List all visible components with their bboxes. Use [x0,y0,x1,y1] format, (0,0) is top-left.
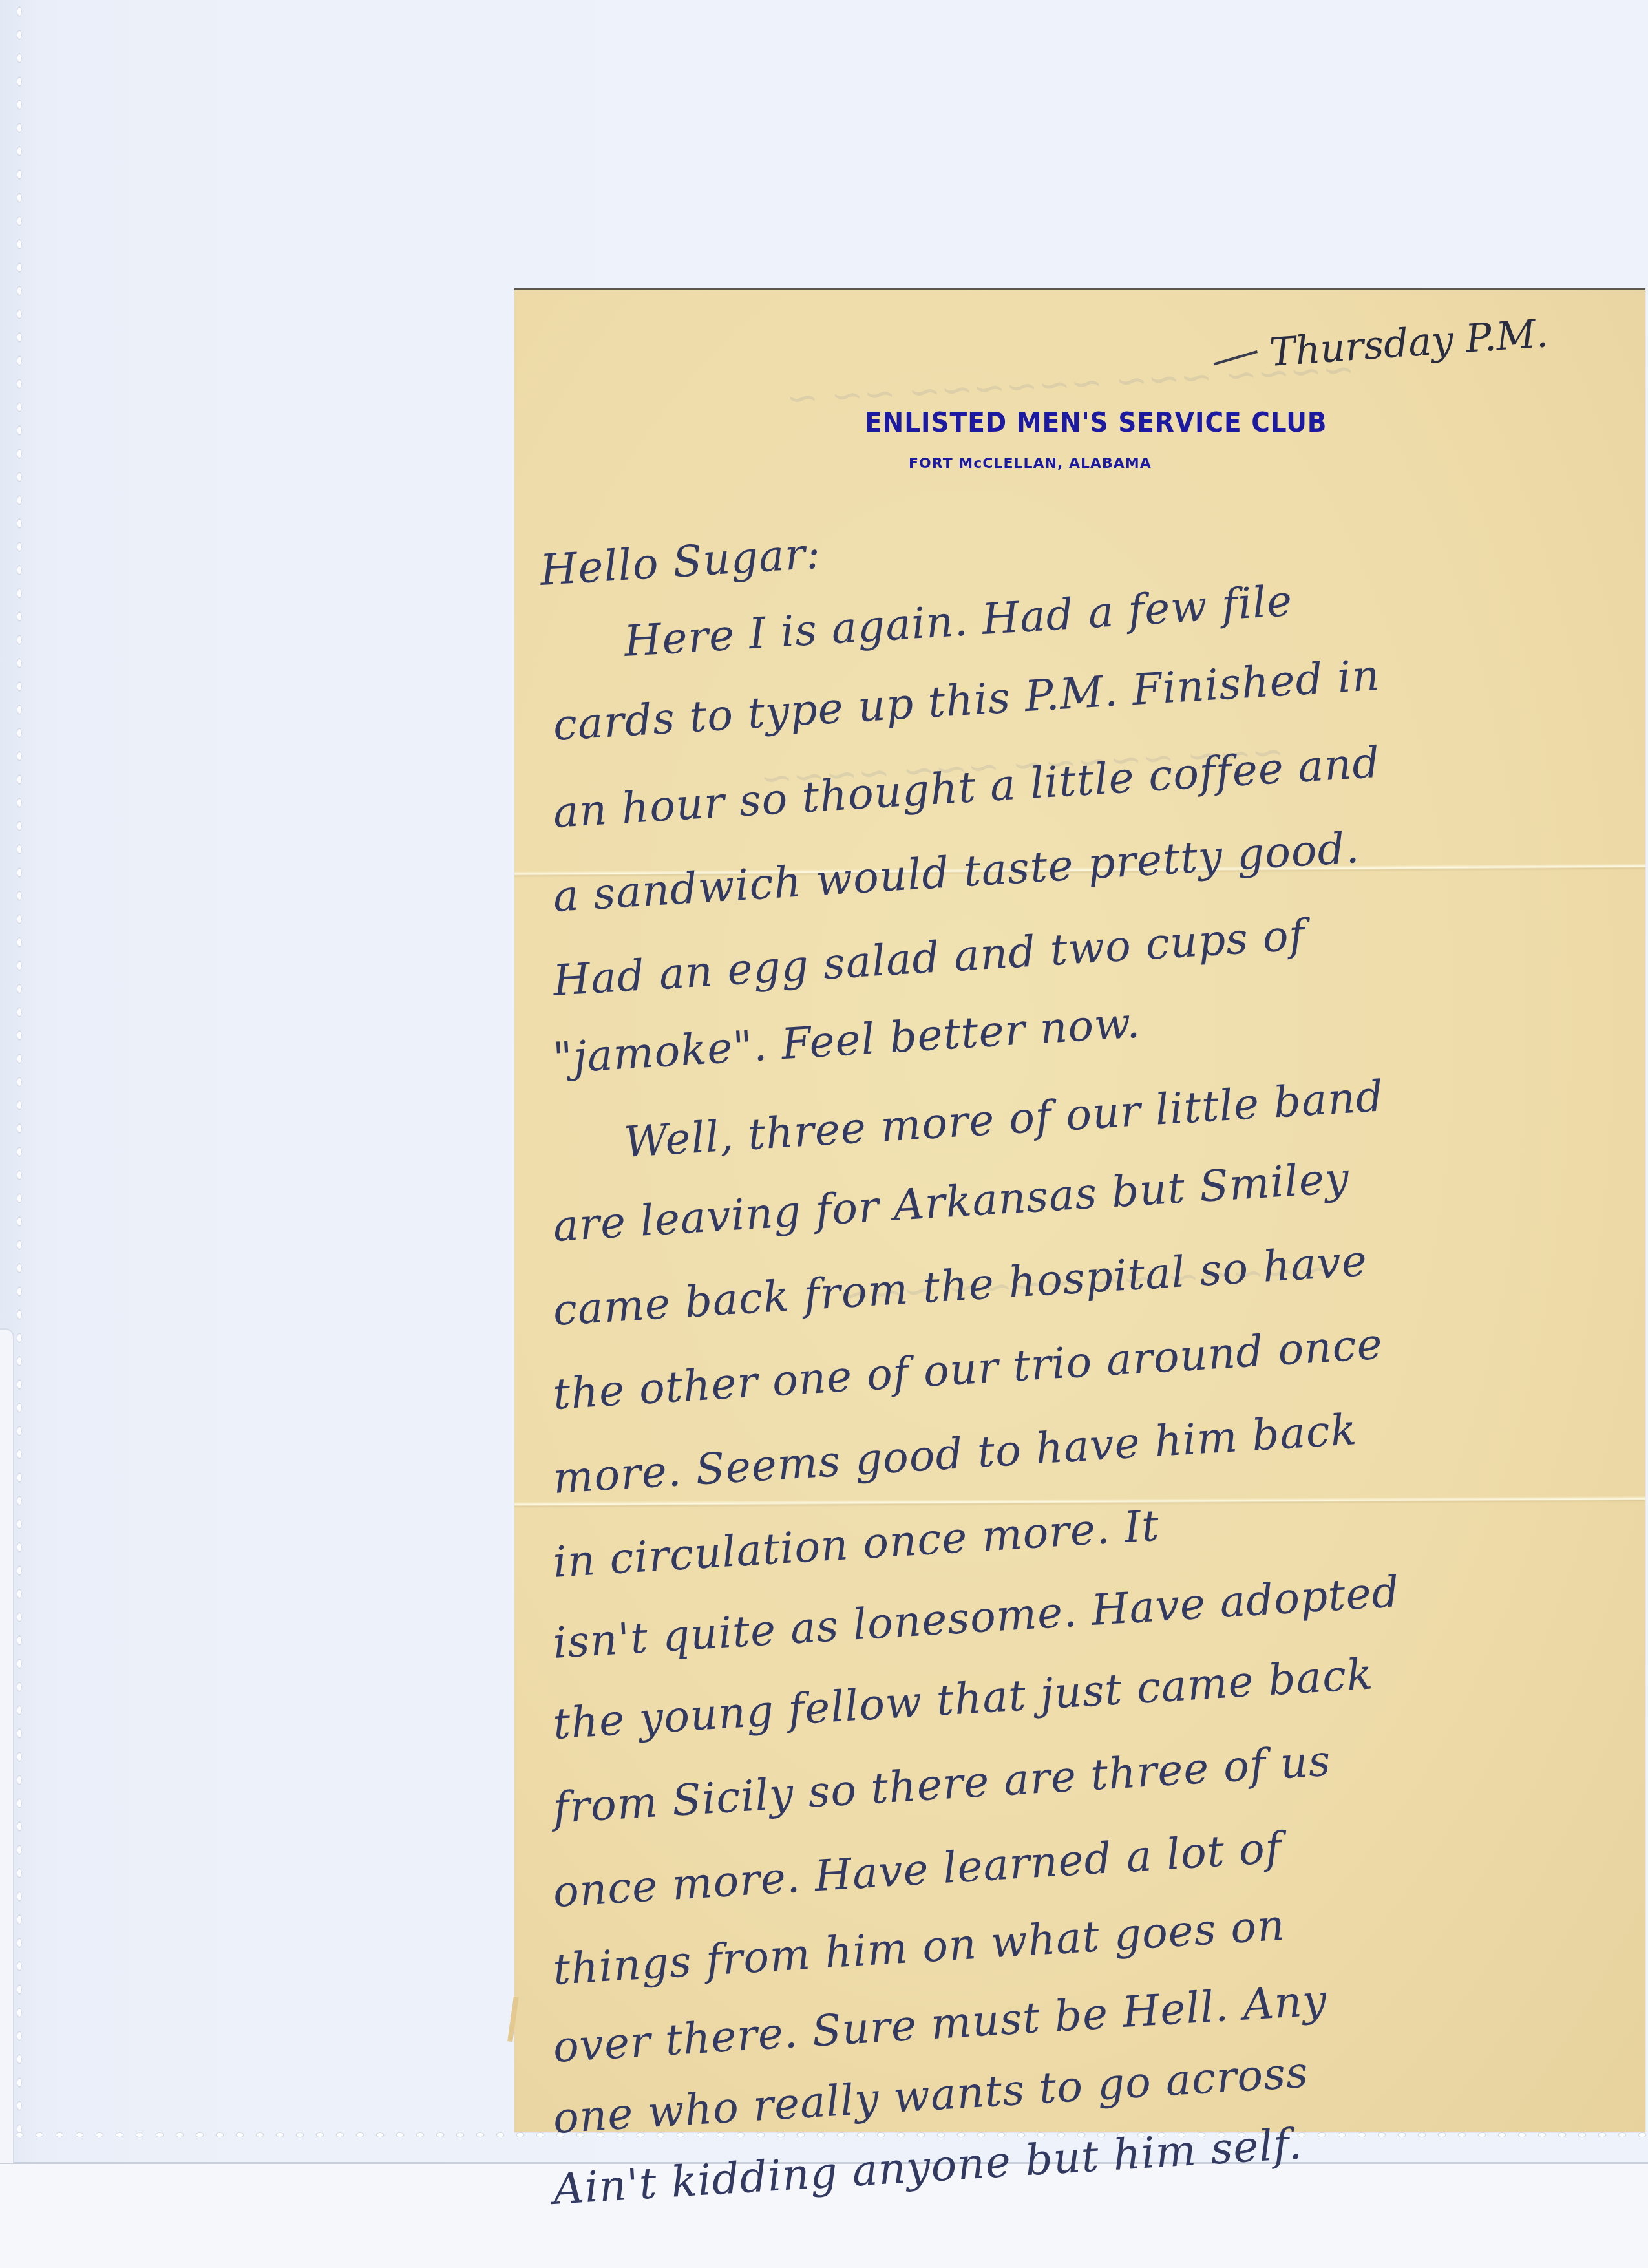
letter-line: came back from the hospital so have [552,1236,1369,1335]
letter-line: in circulation once more. It [552,1501,1161,1587]
letter-line: "jamoke". Feel better now. [552,998,1142,1083]
letter-line: the young fellow that just came back [552,1649,1375,1748]
sleeve-flap [0,1328,14,2163]
letter-line: a sandwich would taste pretty good. [552,823,1361,922]
letter-line: more. Seems good to have him back [552,1404,1358,1503]
letter-line: the other one of our trio around once [552,1319,1384,1419]
letter-line: cards to type up this P.M. Finished in [552,650,1382,750]
letter-line: from Sicily so there are three of us [552,1735,1333,1832]
letter-line: Here I is again. Had a few file [623,576,1294,666]
letter-line: are leaving for Arkansas but Smiley [552,1153,1351,1251]
letter-line: isn't quite as lonesome. Have adopted [552,1567,1401,1668]
letter-line: Well, three more of our little band [623,1071,1385,1167]
letter-page: ~~~~ ~~~ ~~~~~~ ~~ ~ ~~~ ~~~~~ ~~~ ~~~~ … [514,288,1645,2132]
letter-line: things from him on what goes on [552,1900,1287,1995]
letter-line: Had an egg salad and two cups of [552,910,1307,1006]
sleeve-perforations-left [14,0,25,2146]
letter-line: an hour so thought a little coffee and [552,737,1382,838]
salutation: Hello Sugar: [539,529,823,595]
letter-body: Hello Sugar: Here I is again. Had a few … [514,290,1645,2132]
letter-line: once more. Have learned a lot of [552,1823,1284,1917]
